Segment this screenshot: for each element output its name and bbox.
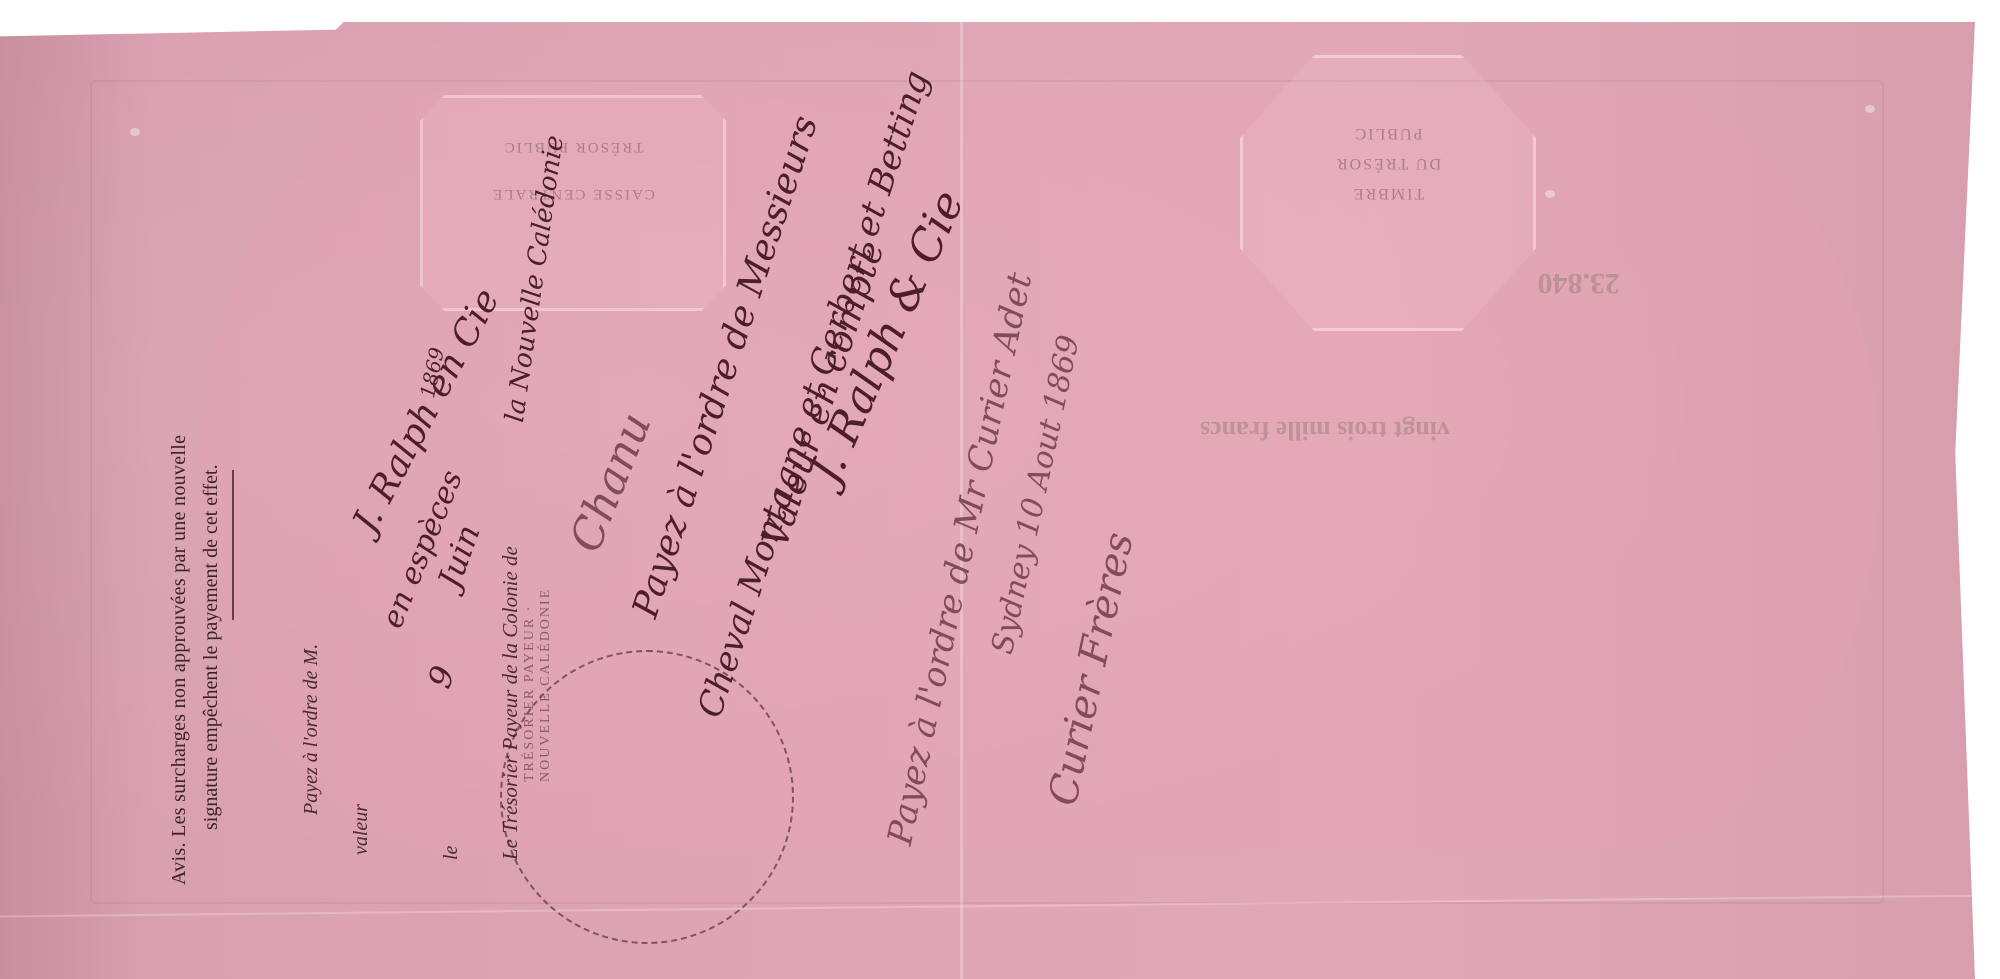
divider-rule xyxy=(232,470,234,620)
embossed-right-line3: PUBLIC xyxy=(1243,118,1533,148)
pinhole xyxy=(1545,190,1555,198)
round-cancellation-stamp: TRÉSORIER PAYEUR · NOUVELLE CALÉDONIE xyxy=(500,650,794,944)
notice-line-2: signature empêchent le payement de cet e… xyxy=(200,464,223,830)
embossed-right-line1: TIMBRE xyxy=(1243,178,1533,208)
show-through-amount-words: vingt trois mille francs xyxy=(1200,415,1450,445)
embossed-left-line1: CAISSE CENTRALE xyxy=(423,185,723,202)
pay-to-label: Payez à l'ordre de M. xyxy=(300,644,323,815)
embossed-left-line2: TRÉSOR PUBLIC xyxy=(423,138,723,155)
pinhole xyxy=(1865,105,1875,113)
notice-line-1: Avis. Les surcharges non approuvées par … xyxy=(168,435,191,885)
value-label: valeur xyxy=(350,804,373,855)
embossed-stamp-left: CAISSE CENTRALE TRÉSOR PUBLIC xyxy=(420,95,726,311)
pinhole xyxy=(130,128,140,136)
round-stamp-text: TRÉSORIER PAYEUR · NOUVELLE CALÉDONIE xyxy=(522,512,554,782)
show-through-amount-number: 23.840 xyxy=(1538,266,1621,300)
embossed-right-line2: DU TRÉSOR xyxy=(1243,148,1533,178)
date-label: le xyxy=(440,846,463,860)
embossed-seal-right: TIMBRE DU TRÉSOR PUBLIC xyxy=(1240,55,1536,331)
